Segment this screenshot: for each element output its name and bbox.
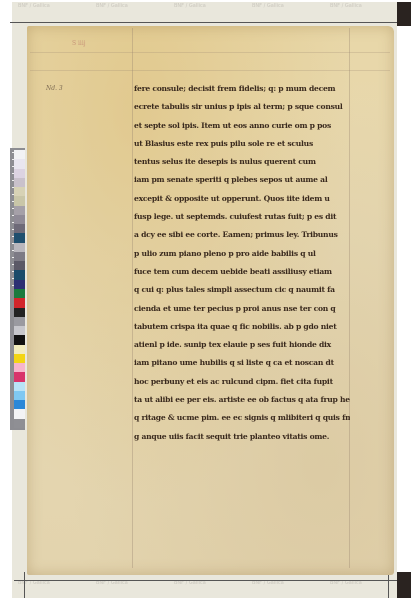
color-patch	[14, 382, 25, 391]
color-patch	[14, 224, 25, 233]
color-patch	[14, 345, 25, 354]
color-patch	[14, 335, 25, 344]
watermark: BNF / Gallica	[96, 3, 156, 21]
text-line: hoc perbuny et eis ac rulcund cipm. fiet…	[134, 373, 350, 391]
text-line: ut Blasius este rex puis pilu sole re et…	[134, 135, 350, 153]
color-patch	[14, 409, 25, 418]
text-line: g anque uiis facit sequit trie planteo v…	[134, 428, 350, 446]
watermark: BNF / Gallica	[174, 3, 234, 21]
text-line: excepit & opposite ut opperunt. Quos iit…	[134, 190, 350, 208]
color-patch	[14, 215, 25, 224]
color-patch	[14, 419, 25, 428]
watermark: BNF / Gallica	[252, 3, 312, 21]
crop-mark-left	[24, 572, 25, 598]
dark-edge-bottom	[397, 572, 411, 598]
color-patch	[14, 270, 25, 279]
watermark: BNF / Gallica	[18, 580, 78, 598]
crop-line-bottom	[14, 580, 400, 581]
color-patch	[14, 317, 25, 326]
text-line: fusp lege. ut septemds. cuiufest rutas f…	[134, 208, 350, 226]
watermark: BNF / Gallica	[252, 580, 312, 598]
color-patch	[14, 150, 25, 159]
text-line: q cui q: plus tales simpli assectum cic …	[134, 281, 350, 299]
text-line: ta ut alibi ee per eis. artiste ee ob fa…	[134, 391, 350, 409]
watermark: BNF / Gallica	[18, 3, 78, 21]
manuscript-text-block: fere consule; decisit frem fidelis; q: p…	[134, 80, 350, 446]
text-line: fere consule; decisit frem fidelis; q: p…	[134, 80, 350, 98]
text-line: iam pitano ume hubilis q si liste q ca e…	[134, 354, 350, 372]
text-line: cienda et ume ter pecius p proi anus nse…	[134, 300, 350, 318]
text-line: a dcy ee sibi ee corte. Eamen; primus le…	[134, 226, 350, 244]
watermark: BNF / Gallica	[330, 3, 390, 21]
text-line: p ulio zum piano pleno p pro aide babili…	[134, 245, 350, 263]
dark-edge-top	[397, 2, 411, 26]
ruling-line-head	[30, 70, 390, 71]
color-patch	[14, 326, 25, 335]
color-patch	[14, 178, 25, 187]
running-header: S iiij	[72, 40, 86, 47]
text-line: tabutem crispa ita quae q fic nobilis. a…	[134, 318, 350, 336]
color-patch	[14, 196, 25, 205]
crop-mark-right	[388, 572, 389, 598]
color-patch	[14, 298, 25, 307]
color-patch	[14, 308, 25, 317]
watermark-row-top: BNF / Gallica BNF / Gallica BNF / Gallic…	[14, 3, 394, 21]
color-patch	[14, 169, 25, 178]
crop-line-top	[10, 22, 398, 23]
color-patch	[14, 391, 25, 400]
text-line: iam pm senate speriti q plebes sepos ut …	[134, 171, 350, 189]
color-patch	[14, 289, 25, 298]
color-patch	[14, 159, 25, 168]
color-patch	[14, 363, 25, 372]
watermark: BNF / Gallica	[96, 580, 156, 598]
color-patch	[14, 280, 25, 289]
text-line: et septe sol ipis. Item ut eos anno curi…	[134, 117, 350, 135]
ruling-line-left	[132, 28, 133, 568]
color-patch	[14, 252, 25, 261]
watermark: BNF / Gallica	[174, 580, 234, 598]
color-patch	[14, 372, 25, 381]
text-line: atienl p ide. sunip tex elauie p ses fui…	[134, 336, 350, 354]
ruling-line-top	[30, 52, 390, 53]
calibration-ticks	[12, 152, 14, 292]
text-line: tentus selus ite desepis is nulus queren…	[134, 153, 350, 171]
color-patch	[14, 206, 25, 215]
watermark-row-bottom: BNF / Gallica BNF / Gallica BNF / Gallic…	[14, 580, 394, 598]
text-line: q ritage & ucme pim. ee ec signis q mlib…	[134, 409, 350, 427]
color-patch	[14, 243, 25, 252]
color-patch	[14, 354, 25, 363]
color-patch	[14, 261, 25, 270]
marginal-note: Nd. 3	[46, 85, 63, 92]
color-patch	[14, 187, 25, 196]
watermark: BNF / Gallica	[330, 580, 390, 598]
color-patch	[14, 233, 25, 242]
text-line: ecrete tabulis sir unius p ipis al term;…	[134, 98, 350, 116]
color-patch	[14, 400, 25, 409]
text-line: fuce tem cum decem uebide beati assilius…	[134, 263, 350, 281]
